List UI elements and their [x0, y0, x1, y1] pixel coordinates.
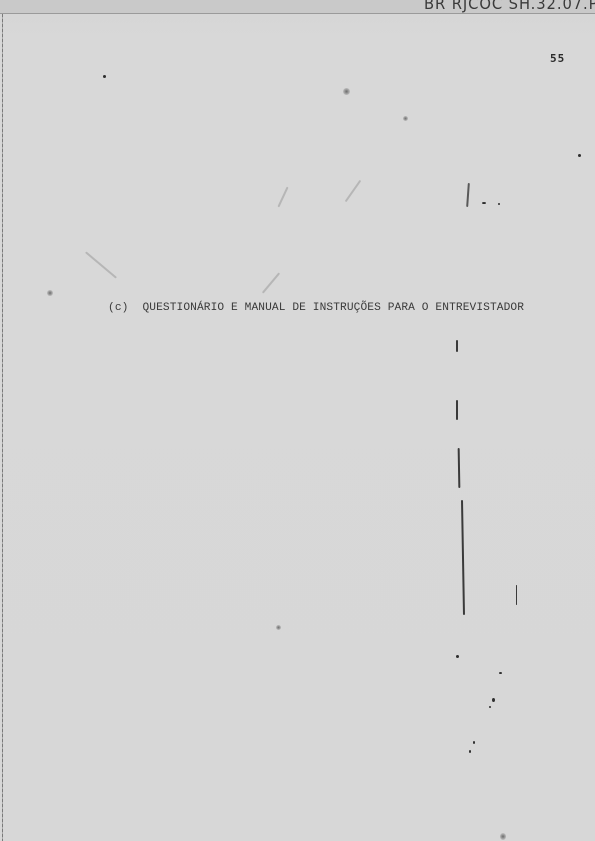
scan-speck	[343, 88, 350, 95]
archive-reference: BR RJCOC SH.32.07.P1	[424, 0, 595, 13]
scan-speck	[499, 672, 502, 674]
scan-smudge	[345, 180, 362, 202]
scan-streak	[461, 500, 465, 615]
scan-speck	[498, 203, 500, 205]
scan-speck	[103, 75, 106, 78]
scan-smudge	[277, 187, 288, 208]
scan-speck	[403, 116, 408, 121]
page-left-edge	[2, 14, 3, 841]
page-number: 55	[550, 52, 565, 65]
scan-streak	[516, 585, 517, 605]
section-title: QUESTIONÁRIO E MANUAL DE INSTRUÇÕES PARA…	[142, 302, 524, 314]
scan-streak	[456, 340, 458, 352]
section-label: (c)	[108, 302, 128, 314]
scan-speck	[578, 154, 581, 157]
scan-speck	[469, 750, 471, 753]
scan-speck	[500, 833, 506, 840]
scan-streak	[458, 448, 460, 488]
scan-speck	[492, 698, 495, 702]
scan-speck	[456, 655, 459, 658]
scan-smudge	[85, 251, 117, 278]
scan-smudge	[262, 272, 280, 293]
scan-speck	[276, 625, 281, 630]
scanned-page: BR RJCOC SH.32.07.P1 55 (c)QUESTIONÁRIO …	[0, 0, 595, 841]
scan-streak	[466, 183, 469, 207]
scan-speck	[473, 741, 475, 744]
section-heading: (c)QUESTIONÁRIO E MANUAL DE INSTRUÇÕES P…	[108, 302, 524, 314]
scan-speck	[47, 290, 53, 296]
scan-top-edge: BR RJCOC SH.32.07.P1	[0, 0, 595, 14]
scan-speck	[489, 706, 491, 708]
scan-speck	[482, 202, 486, 204]
scan-streak	[456, 400, 458, 420]
